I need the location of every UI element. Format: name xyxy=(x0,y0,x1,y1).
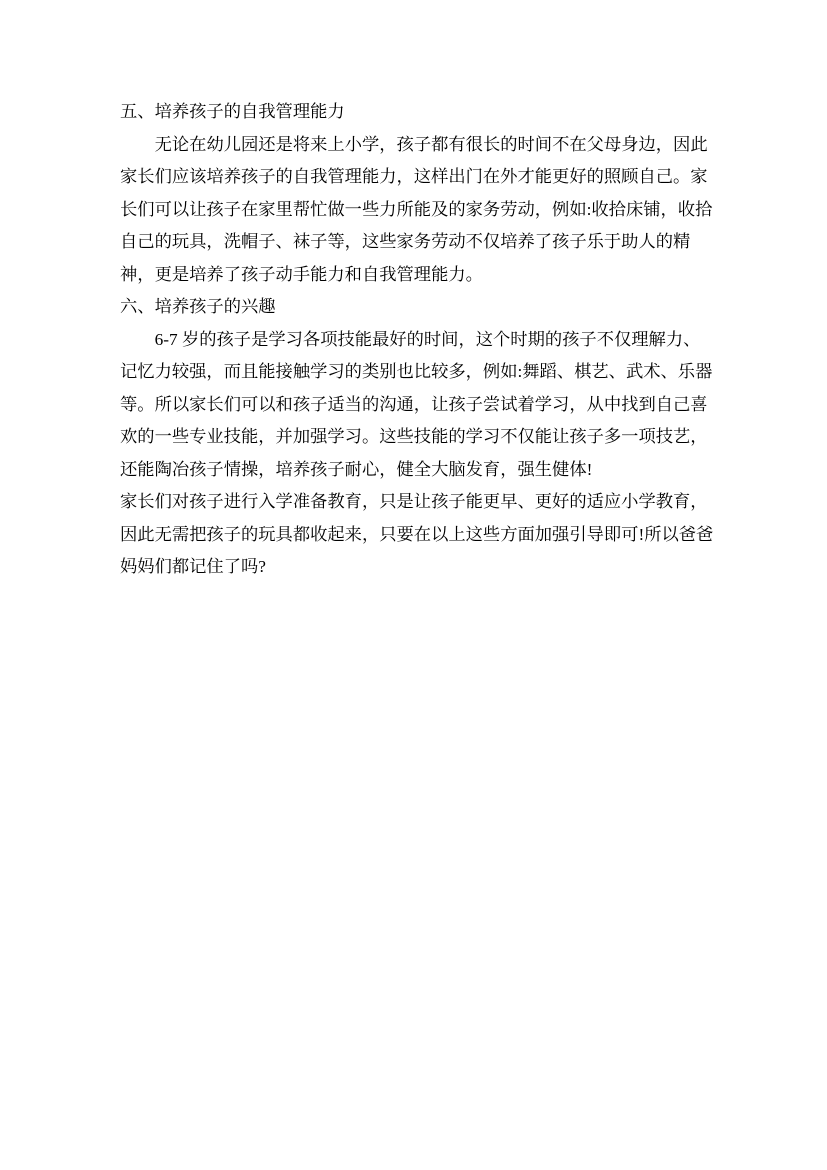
paragraph: 无论在幼儿园还是将来上小学，孩子都有很长的时间不在父母身边，因此家长们应该培养孩… xyxy=(120,129,716,292)
document-content: 五、培养孩子的自我管理能力无论在幼儿园还是将来上小学，孩子都有很长的时间不在父母… xyxy=(120,96,716,584)
paragraph: 家长们对孩子进行入学准备教育，只是让孩子能更早、更好的适应小学教育，因此无需把孩… xyxy=(120,486,716,584)
section-heading: 五、培养孩子的自我管理能力 xyxy=(120,96,716,129)
paragraph: 6-7 岁的孩子是学习各项技能最好的时间，这个时期的孩子不仅理解力、记忆力较强，… xyxy=(120,324,716,487)
document-page: 五、培养孩子的自我管理能力无论在幼儿园还是将来上小学，孩子都有很长的时间不在父母… xyxy=(0,0,827,1170)
section-heading: 六、培养孩子的兴趣 xyxy=(120,291,716,324)
